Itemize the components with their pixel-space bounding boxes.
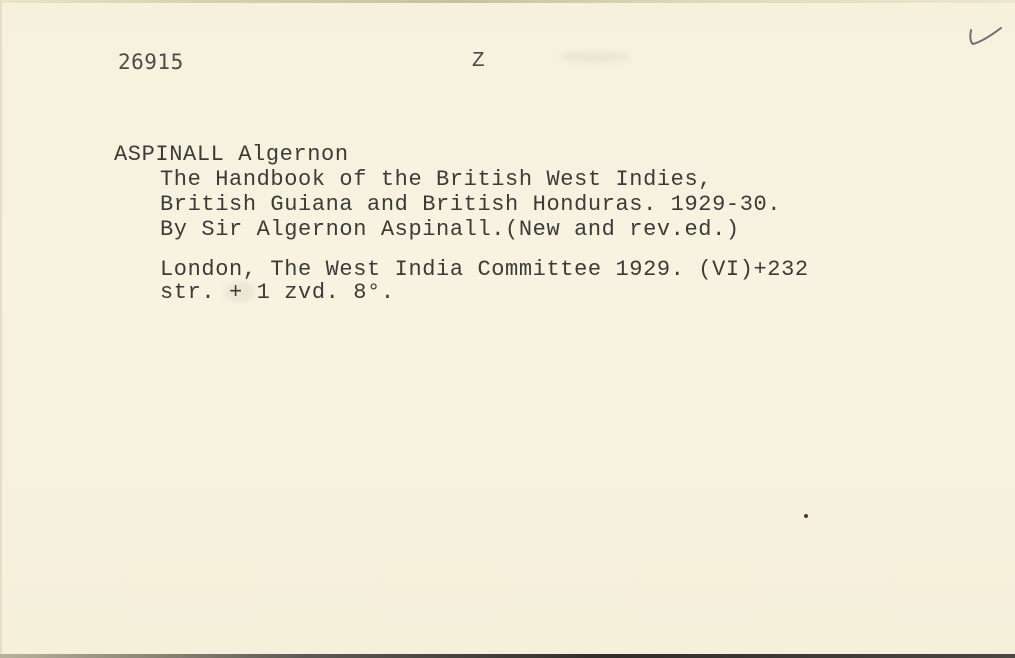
- ink-speck: [804, 514, 808, 518]
- catalog-card: 26915 Z ASPINALL Algernon The Handbook o…: [0, 0, 1015, 658]
- card-top-edge: [0, 0, 1015, 3]
- imprint-line-2: str. + 1 zvd. 8°.: [160, 281, 395, 305]
- card-bottom-edge: [0, 654, 1015, 658]
- paper-smudge: [560, 52, 630, 62]
- title-line-2: British Guiana and British Honduras. 192…: [160, 193, 781, 217]
- accession-number: 26915: [118, 50, 184, 74]
- title-line-3: By Sir Algernon Aspinall.(New and rev.ed…: [160, 218, 740, 242]
- imprint-line-1: London, The West India Committee 1929. (…: [160, 258, 809, 282]
- title-line-1: The Handbook of the British West Indies,: [160, 168, 712, 192]
- section-mark: Z: [472, 50, 485, 74]
- author-heading: ASPINALL Algernon: [114, 143, 349, 167]
- checkmark-icon: [965, 22, 1005, 48]
- card-left-edge: [0, 0, 2, 658]
